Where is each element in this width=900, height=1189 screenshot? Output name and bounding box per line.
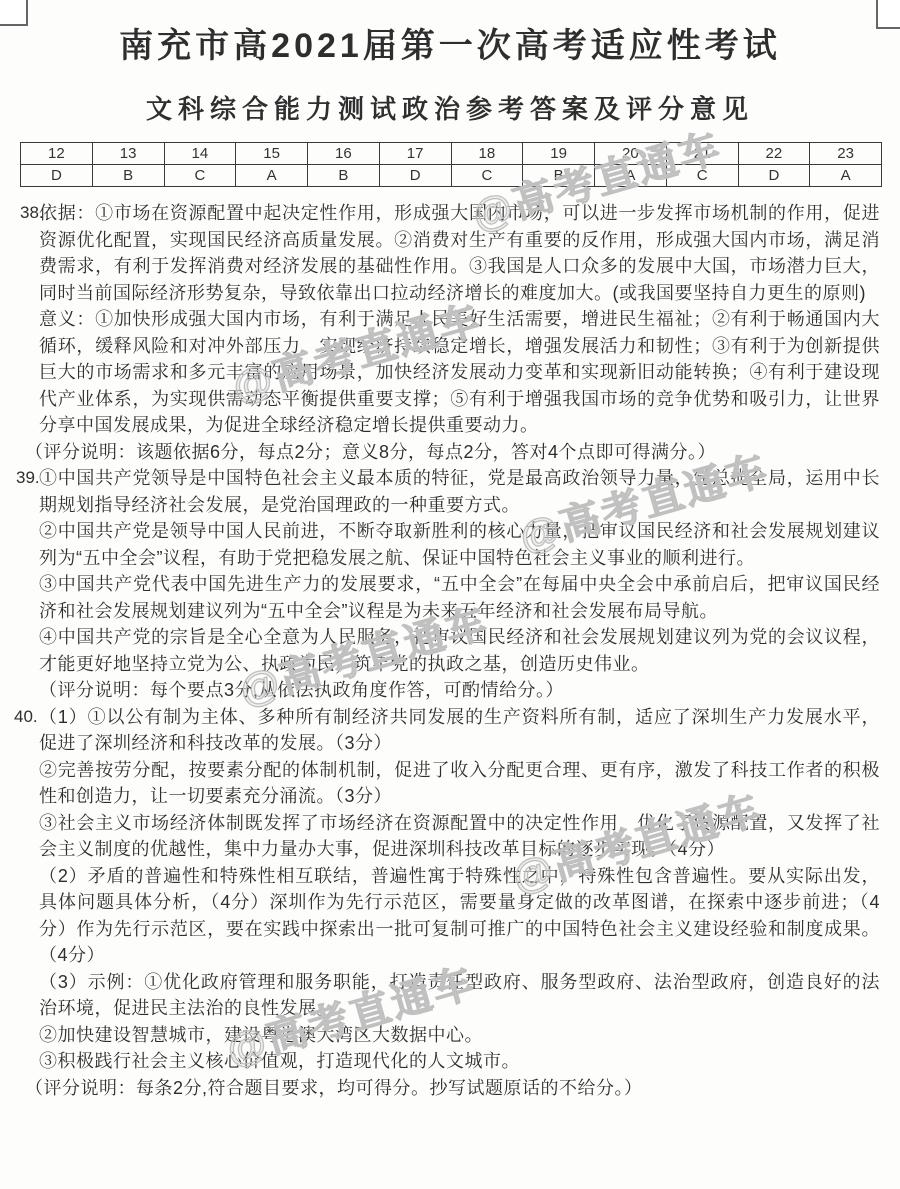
paragraph-point-3: ③中国共产党代表中国先进生产力的发展要求，“五中全会”在每届中央全会中承前启后，…: [39, 571, 880, 624]
paragraph-significance: 意义：①加快形成强大国内市场，有利于满足人民美好生活需要，增进民生福祉；②有利于…: [39, 306, 880, 439]
question-number-cell: 19: [523, 143, 595, 165]
page-title: 南充市高2021届第一次高考适应性考试: [0, 0, 900, 68]
question-number-cell: 16: [308, 143, 380, 165]
section-question-38: 38. 依据：①市场在资源配置中起决定性作用，形成强大国内市场，可以进一步发挥市…: [0, 200, 880, 465]
scan-corner-mark-left: [0, 0, 28, 26]
question-number-cell: 12: [21, 143, 93, 165]
answer-table-question-row: 12 13 14 15 16 17 18 19 20 21 22 23: [21, 143, 882, 165]
question-number-cell: 14: [164, 143, 236, 165]
paragraph-point-1: ①中国共产党领导是中国特色社会主义最本质的特征，党是最高政治领导力量，党总揽全局…: [39, 465, 880, 518]
paragraph-part3-point1: （3）示例：①优化政府管理和服务职能，打造责任型政府、服务型政府、法治型政府，创…: [39, 969, 880, 1022]
section-number: 38.: [20, 200, 44, 227]
scan-corner-mark-right: [876, 0, 900, 29]
answer-cell: A: [236, 165, 308, 187]
section-question-40: 40. （1）①以公有制为主体、多种所有制经济共同发展的生产资料所有制，适应了深…: [0, 704, 880, 1102]
scoring-note: （评分说明：该题依据6分，每点2分；意义8分，每点2分，答对4个点即可得满分。）: [25, 439, 880, 466]
answer-cell: B: [92, 165, 164, 187]
answer-cell: D: [738, 165, 810, 187]
paragraph-part1-point1: （1）①以公有制为主体、多种所有制经济共同发展的生产资料所有制，适应了深圳生产力…: [39, 704, 880, 757]
answer-cell: A: [595, 165, 667, 187]
answer-cell: A: [810, 165, 882, 187]
section-question-39: 39. ①中国共产党领导是中国特色社会主义最本质的特征，党是最高政治领导力量，党…: [0, 465, 880, 704]
section-number: 40.: [14, 704, 38, 731]
answer-cell: C: [451, 165, 523, 187]
page-subtitle: 文科综合能力测试政治参考答案及评分意见: [0, 92, 900, 126]
answer-cell: B: [523, 165, 595, 187]
paragraph-part3-point2: ②加快建设智慧城市，建设粤港澳大湾区大数据中心。: [39, 1022, 880, 1049]
answer-cell: D: [379, 165, 451, 187]
question-number-cell: 21: [666, 143, 738, 165]
paragraph-basis: 依据：①市场在资源配置中起决定性作用，形成强大国内市场，可以进一步发挥市场机制的…: [39, 200, 880, 306]
paragraph-part2: （2）矛盾的普遍性和特殊性相互联结，普遍性寓于特殊性之中，特殊性包含普遍性。要从…: [39, 863, 880, 969]
answer-cell: B: [308, 165, 380, 187]
paragraph-part3-point3: ③积极践行社会主义核心价值观，打造现代化的人文城市。: [39, 1048, 880, 1075]
answer-key-table: 12 13 14 15 16 17 18 19 20 21 22 23 D B …: [20, 142, 882, 187]
section-number: 39.: [16, 465, 40, 492]
paragraph-point-4: ④中国共产党的宗旨是全心全意为人民服务，把审议国民经济和社会发展规划建议列为党的…: [39, 624, 880, 677]
answers-body: 38. 依据：①市场在资源配置中起决定性作用，形成强大国内市场，可以进一步发挥市…: [0, 200, 880, 1101]
question-number-cell: 23: [810, 143, 882, 165]
question-number-cell: 20: [595, 143, 667, 165]
question-number-cell: 22: [738, 143, 810, 165]
scoring-note: （评分说明：每条2分,符合题目要求，均可得分。抄写试题原话的不给分。）: [25, 1075, 880, 1102]
question-number-cell: 17: [379, 143, 451, 165]
question-number-cell: 15: [236, 143, 308, 165]
answer-table-answer-row: D B C A B D C B A C D A: [21, 165, 882, 187]
question-number-cell: 18: [451, 143, 523, 165]
scoring-note: （评分说明：每个要点3分,从依法执政角度作答，可酌情给分。）: [39, 677, 880, 704]
paragraph-part1-point2: ②完善按劳分配，按要素分配的体制机制，促进了收入分配更合理、更有序，激发了科技工…: [39, 757, 880, 810]
paragraph-point-2: ②中国共产党是领导中国人民前进，不断夺取新胜利的核心力量，把审议国民经济和社会发…: [39, 518, 880, 571]
paragraph-part1-point3: ③社会主义市场经济体制既发挥了市场经济在资源配置中的决定性作用，优化了资源配置，…: [39, 810, 880, 863]
answer-cell: C: [164, 165, 236, 187]
answer-cell: D: [21, 165, 93, 187]
answer-cell: C: [666, 165, 738, 187]
scanned-answer-sheet: @高考直通车 @高考直通车 @高考直通车 @高考直通车 @高考直通车 @高考直通…: [0, 0, 900, 1189]
question-number-cell: 13: [92, 143, 164, 165]
